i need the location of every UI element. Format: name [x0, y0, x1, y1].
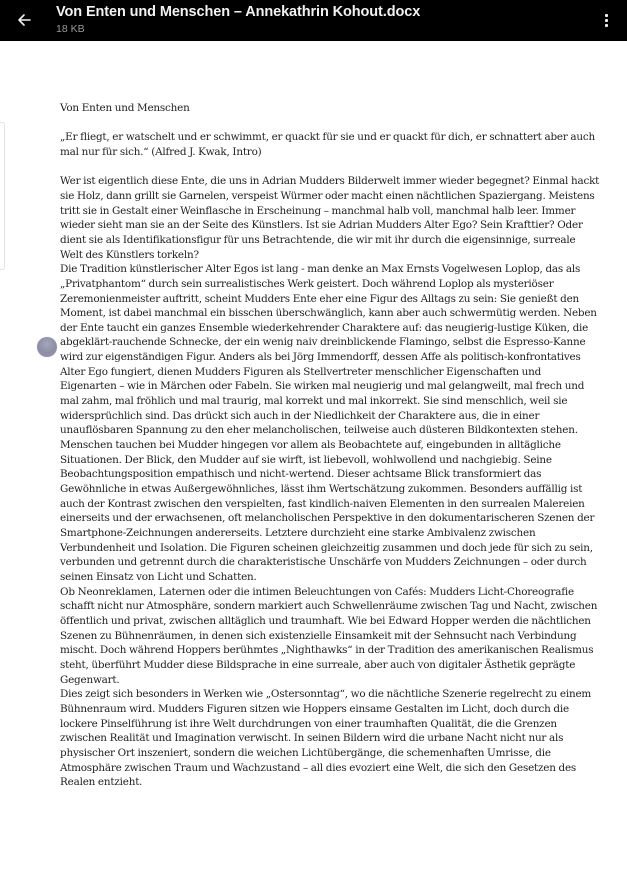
spacer	[60, 160, 600, 175]
paragraph: Dies zeigt sich besonders in Werken wie …	[60, 687, 600, 790]
intro-quote: „Er fliegt, er watschelt und er schwimmt…	[60, 130, 600, 159]
paragraph: Ob Neonreklamen, Laternen oder die intim…	[60, 585, 600, 688]
paragraph: Die Tradition künstlerischer Alter Egos …	[60, 262, 600, 438]
document-title: Von Enten und Menschen – Annekathrin Koh…	[56, 4, 420, 20]
spacer	[60, 116, 600, 131]
paragraph: Menschen tauchen bei Mudder hingegen vor…	[60, 438, 600, 585]
side-panel-handle[interactable]	[0, 122, 5, 270]
more-vertical-icon-dot	[605, 24, 608, 27]
floating-assistant-button[interactable]	[37, 337, 57, 357]
back-button[interactable]	[10, 6, 38, 34]
app-header: Von Enten und Menschen – Annekathrin Koh…	[0, 0, 627, 41]
document-heading: Von Enten und Menschen	[60, 101, 600, 116]
arrow-left-icon	[16, 12, 32, 28]
more-vertical-icon	[605, 14, 608, 17]
file-size: 18 KB	[56, 23, 85, 35]
more-options-button[interactable]	[597, 8, 615, 32]
document-body: Von Enten und Menschen „Er fliegt, er wa…	[60, 101, 600, 790]
paragraph: Wer ist eigentlich diese Ente, die uns i…	[60, 174, 600, 262]
more-vertical-icon-dot	[605, 19, 608, 22]
